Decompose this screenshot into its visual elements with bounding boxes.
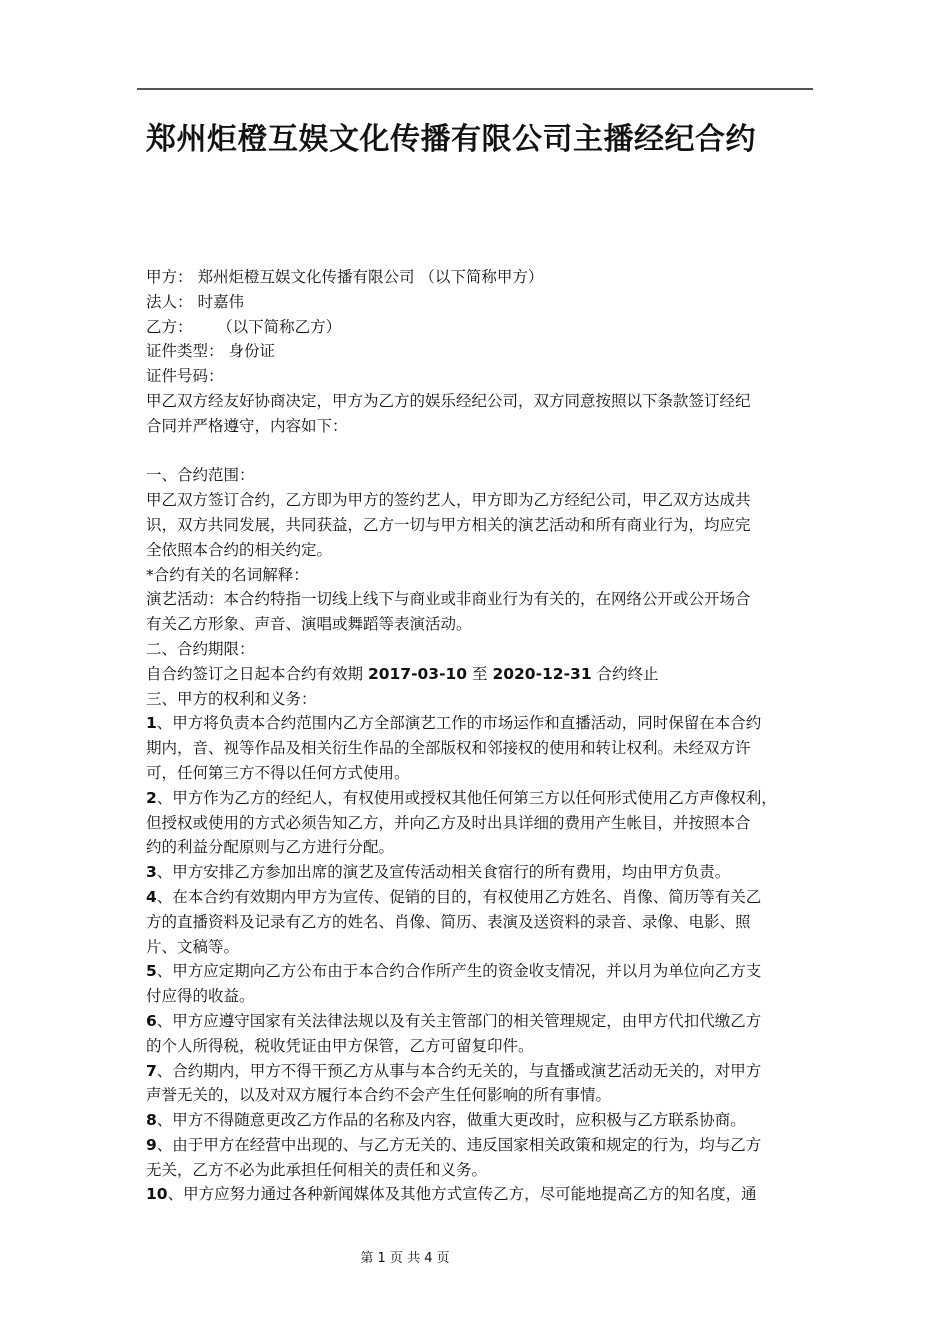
clause-text: 片、文稿等。: [146, 938, 239, 956]
section-heading: 三、甲方的权利和义务：: [146, 687, 822, 712]
end-date: 2020-12-31: [492, 665, 591, 683]
clause-line: 8、甲方不得随意更改乙方作品的名称及内容，做重大更改时，应积极与乙方联系协商。: [146, 1108, 822, 1133]
clause-number: 1: [146, 714, 157, 732]
clause-text: 付应得的收益。: [146, 987, 255, 1005]
clause-text: 、甲方作为乙方的经纪人，有权使用或授权其他任何第三方以任何形式使用乙方声像权利，: [157, 789, 777, 807]
clause-text: 、甲方应努力通过各种新闻媒体及其他方式宣传乙方，尽可能地提高乙方的知名度，通: [168, 1185, 757, 1203]
term-prefix: 自合约签订之日起本合约有效期: [146, 665, 368, 683]
clause-line: 3、甲方安排乙方参加出席的演艺及宣传活动相关食宿行的所有费用，均由甲方负责。: [146, 860, 822, 885]
clause-text: 的个人所得税，税收凭证由甲方保管，乙方可留复印件。: [146, 1037, 534, 1055]
clause-text: 、甲方应遵守国家有关法律法规以及有关主管部门的相关管理规定，由甲方代扣代缴乙方: [157, 1012, 762, 1030]
clause-text: 、甲方安排乙方参加出席的演艺及宣传活动相关食宿行的所有费用，均由甲方负责。: [157, 863, 731, 881]
legal-rep-label: 法人：: [146, 293, 193, 311]
clause-number: 6: [146, 1012, 157, 1030]
party-a-line: 甲方： 郑州炬橙互娱文化传播有限公司 （以下简称甲方）: [146, 265, 822, 290]
id-type-label: 证件类型：: [146, 342, 224, 360]
page-number: 第 1 页 共 4 页: [0, 1247, 810, 1266]
party-b-label: 乙方：: [146, 318, 193, 336]
id-type-line: 证件类型： 身份证: [146, 339, 822, 364]
party-a-value: 郑州炬橙互娱文化传播有限公司 （以下简称甲方）: [197, 268, 543, 286]
clause-list: 1、甲方将负责本合约范围内乙方全部演艺工作的市场运作和直播活动，同时保留在本合约…: [146, 711, 822, 1207]
section-heading: 二、合约期限：: [146, 637, 822, 662]
clause-line: 付应得的收益。: [146, 984, 822, 1009]
id-number-label: 证件号码：: [146, 367, 224, 385]
id-number-line: 证件号码：: [146, 364, 822, 389]
clause-text: 、甲方不得随意更改乙方作品的名称及内容，做重大更改时，应积极与乙方联系协商。: [157, 1111, 746, 1129]
term-to: 至: [467, 665, 492, 683]
legal-rep-line: 法人： 时嘉伟: [146, 290, 822, 315]
clause-text: 但授权或使用的方式必须告知乙方，并向乙方及时出具详细的费用产生帐目，并按照本合: [146, 814, 751, 832]
section-text: 识，双方共同发展，共同获益，乙方一切与甲方相关的演艺活动和所有商业行为，均应完: [146, 513, 822, 538]
clause-line: 期内，音、视等作品及相关衍生作品的全部版权和邻接权的使用和转让权利。未经双方许: [146, 736, 822, 761]
section-heading: 一、合约范围：: [146, 463, 822, 488]
legal-rep-value: 时嘉伟: [197, 293, 244, 311]
clause-line: 的个人所得税，税收凭证由甲方保管，乙方可留复印件。: [146, 1034, 822, 1059]
clause-line: 无关，乙方不必为此承担任何相关的责任和义务。: [146, 1158, 822, 1183]
clause-number: 3: [146, 863, 157, 881]
party-b-value: （以下简称乙方）: [193, 318, 342, 336]
clause-text: 、合约期内，甲方不得干预乙方从事与本合约无关的，与直播或演艺活动无关的，对甲方: [157, 1062, 762, 1080]
clause-line: 方的直播资料及记录有乙方的姓名、肖像、简历、表演及送资料的录音、录像、电影、照: [146, 910, 822, 935]
section-text: 全依照本合约的相关约定。: [146, 538, 822, 563]
clause-line: 9、由于甲方在经营中出现的、与乙方无关的、违反国家相关政策和规定的行为，均与乙方: [146, 1133, 822, 1158]
clause-line: 2、甲方作为乙方的经纪人，有权使用或授权其他任何第三方以任何形式使用乙方声像权利…: [146, 786, 822, 811]
clause-line: 但授权或使用的方式必须告知乙方，并向乙方及时出具详细的费用产生帐目，并按照本合: [146, 811, 822, 836]
term-suffix: 合约终止: [592, 665, 659, 683]
section-text: 演艺活动：本合约特指一切线上线下与商业或非商业行为有关的，在网络公开或公开场合: [146, 587, 822, 612]
party-a-label: 甲方：: [146, 268, 193, 286]
document-title: 郑州炬橙互娱文化传播有限公司主播经纪合约: [146, 118, 756, 162]
clause-text: 无关，乙方不必为此承担任何相关的责任和义务。: [146, 1161, 487, 1179]
id-type-value: 身份证: [228, 342, 275, 360]
clause-number: 4: [146, 888, 157, 906]
document-body: 甲方： 郑州炬橙互娱文化传播有限公司 （以下简称甲方） 法人： 时嘉伟 乙方： …: [146, 265, 822, 1207]
clause-number: 2: [146, 789, 157, 807]
clause-line: 4、在本合约有效期内甲方为宣传、促销的目的，有权使用乙方姓名、肖像、简历等有关乙: [146, 885, 822, 910]
clause-number: 7: [146, 1062, 157, 1080]
clause-text: 约的利益分配原则与乙方进行分配。: [146, 838, 394, 856]
intro-line: 甲乙双方经友好协商决定，甲方为乙方的娱乐经纪公司，双方同意按照以下条款签订经纪: [146, 389, 822, 414]
clause-line: 约的利益分配原则与乙方进行分配。: [146, 835, 822, 860]
clause-text: 、在本合约有效期内甲方为宣传、促销的目的，有权使用乙方姓名、肖像、简历等有关乙: [157, 888, 762, 906]
intro-line: 合同并严格遵守，内容如下：: [146, 414, 822, 439]
header-rule: [137, 88, 813, 90]
clause-number: 8: [146, 1111, 157, 1129]
section-text: 有关乙方形象、声音、演唱或舞蹈等表演活动。: [146, 612, 822, 637]
clause-number: 5: [146, 962, 157, 980]
clause-text: 声誉无关的，以及对双方履行本合约不会产生任何影响的所有事情。: [146, 1086, 611, 1104]
parties-block: 甲方： 郑州炬橙互娱文化传播有限公司 （以下简称甲方） 法人： 时嘉伟 乙方： …: [146, 265, 822, 389]
definition-heading: *合约有关的名词解释：: [146, 563, 822, 588]
clause-line: 10、甲方应努力通过各种新闻媒体及其他方式宣传乙方，尽可能地提高乙方的知名度，通: [146, 1182, 822, 1207]
clause-line: 7、合约期内，甲方不得干预乙方从事与本合约无关的，与直播或演艺活动无关的，对甲方: [146, 1059, 822, 1084]
clause-line: 可，任何第三方不得以任何方式使用。: [146, 761, 822, 786]
clause-text: 、由于甲方在经营中出现的、与乙方无关的、违反国家相关政策和规定的行为，均与乙方: [157, 1136, 762, 1154]
term-line: 自合约签订之日起本合约有效期 2017-03-10 至 2020-12-31 合…: [146, 662, 822, 687]
clause-number: 9: [146, 1136, 157, 1154]
start-date: 2017-03-10: [368, 665, 467, 683]
clause-text: 期内，音、视等作品及相关衍生作品的全部版权和邻接权的使用和转让权利。未经双方许: [146, 739, 751, 757]
clause-line: 片、文稿等。: [146, 935, 822, 960]
clause-text: 、甲方将负责本合约范围内乙方全部演艺工作的市场运作和直播活动，同时保留在本合约: [157, 714, 762, 732]
clause-text: 、甲方应定期向乙方公布由于本合约合作所产生的资金收支情况，并以月为单位向乙方支: [157, 962, 762, 980]
spacer: [146, 439, 822, 464]
clause-line: 1、甲方将负责本合约范围内乙方全部演艺工作的市场运作和直播活动，同时保留在本合约: [146, 711, 822, 736]
clause-line: 6、甲方应遵守国家有关法律法规以及有关主管部门的相关管理规定，由甲方代扣代缴乙方: [146, 1009, 822, 1034]
party-b-line: 乙方： （以下简称乙方）: [146, 315, 822, 340]
clause-text: 方的直播资料及记录有乙方的姓名、肖像、简历、表演及送资料的录音、录像、电影、照: [146, 913, 751, 931]
clause-number: 10: [146, 1185, 168, 1203]
clause-line: 5、甲方应定期向乙方公布由于本合约合作所产生的资金收支情况，并以月为单位向乙方支: [146, 959, 822, 984]
clause-line: 声誉无关的，以及对双方履行本合约不会产生任何影响的所有事情。: [146, 1083, 822, 1108]
section-text: 甲乙双方签订合约，乙方即为甲方的签约艺人，甲方即为乙方经纪公司，甲乙双方达成共: [146, 488, 822, 513]
clause-text: 可，任何第三方不得以任何方式使用。: [146, 764, 410, 782]
